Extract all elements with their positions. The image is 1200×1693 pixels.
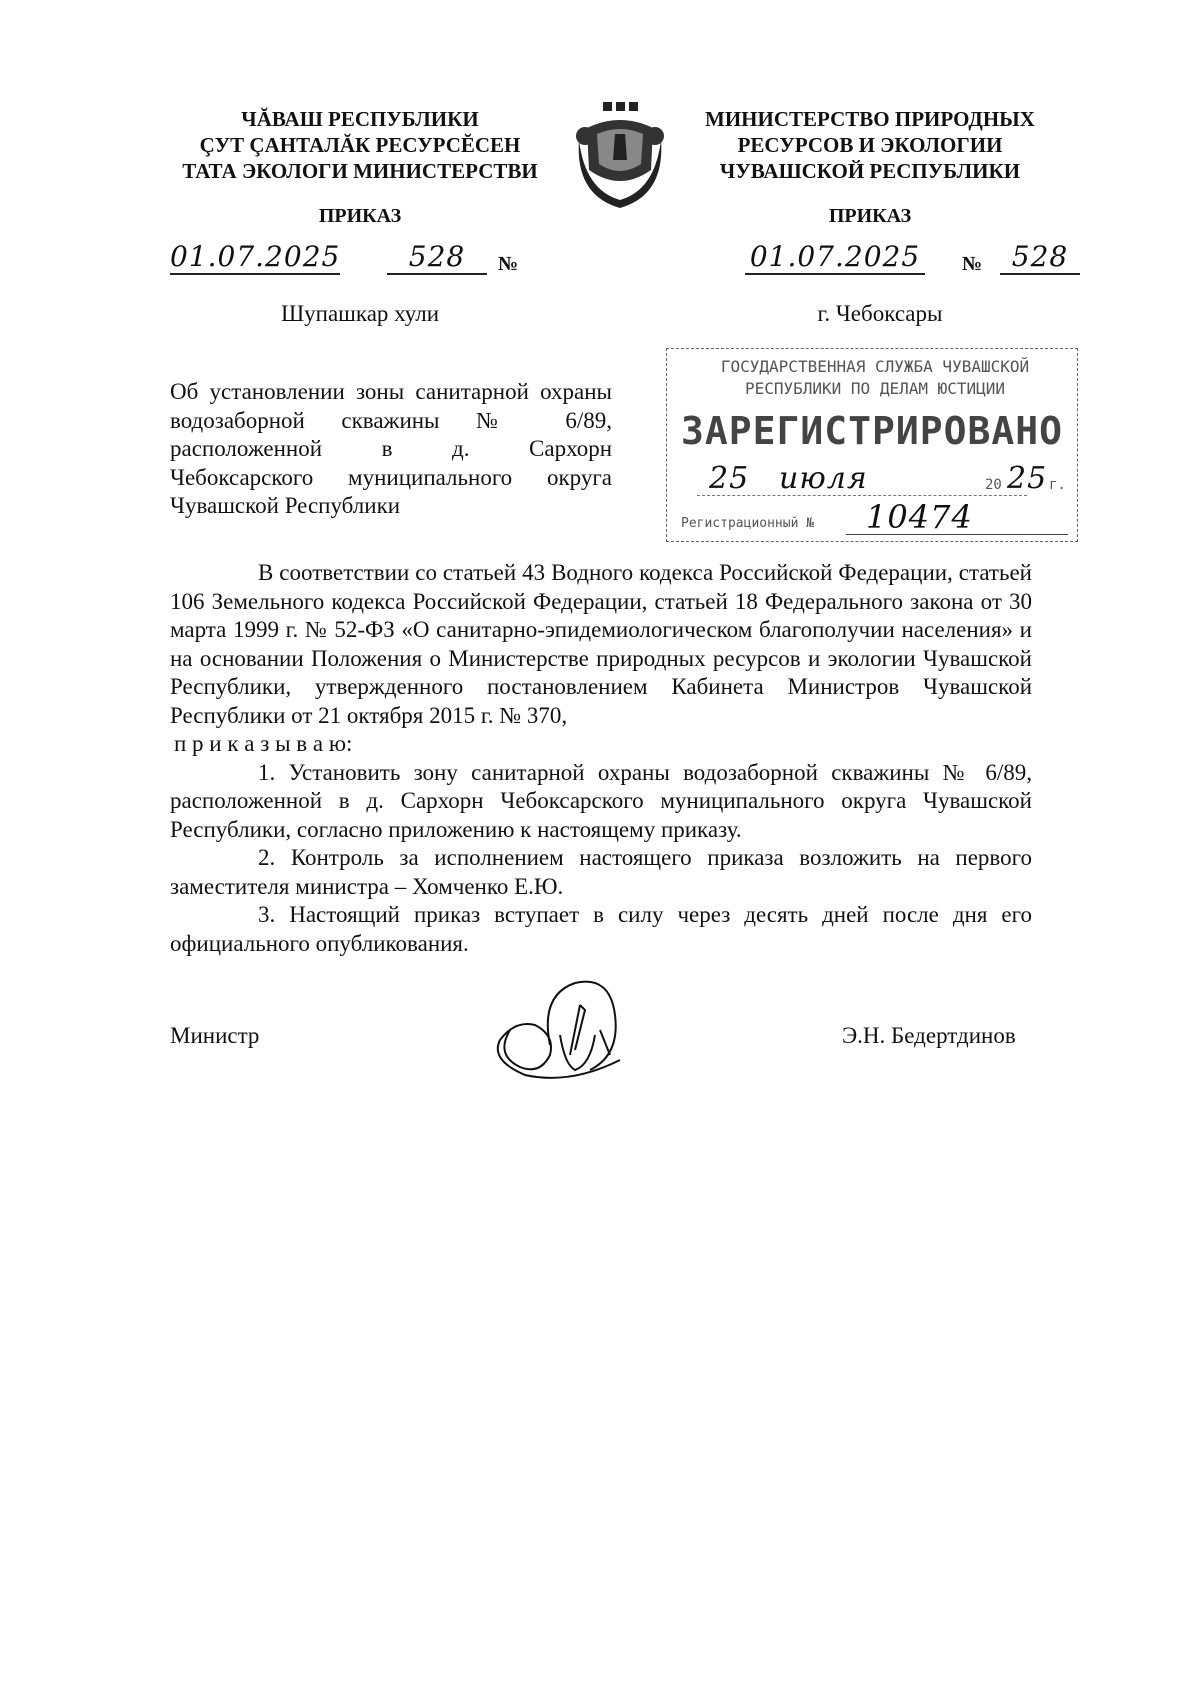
stamp-line-2: РЕСПУБЛИКИ ПО ДЕЛАМ ЮСТИЦИИ: [675, 379, 1075, 398]
order-item-3: 3. Настоящий приказ вступает в силу чере…: [170, 901, 1032, 958]
header-left-line-1: ЧĂВАШ РЕСПУБЛИКИ: [160, 106, 560, 132]
date-left: 01.07.2025: [170, 240, 340, 275]
title-line-2: водозаборной скважины № 6/89,: [170, 407, 612, 436]
number-sign-right: №: [962, 253, 982, 276]
stamp-year-prefix: 20: [985, 477, 1002, 493]
doc-type-right: ПРИКАЗ: [800, 205, 940, 228]
title-line-4: Чебоксарского муниципального округа: [170, 464, 612, 493]
number-sign-left: №: [498, 253, 518, 276]
header-left-line-3: ТАТА ЭКОЛОГИ МИНИСТЕРСТВИ: [160, 158, 560, 184]
order-item-1: 1. Установить зону санитарной охраны вод…: [170, 759, 1032, 845]
header-left-line-2: ÇУТ ÇАНТАЛĂК РЕСУРСĔСЕН: [160, 132, 560, 158]
title-line-5: Чувашской Республики: [170, 492, 612, 521]
place-right: г. Чебоксары: [790, 300, 970, 329]
doc-type-left: ПРИКАЗ: [290, 205, 430, 228]
stamp-reg-number: 10474: [866, 498, 973, 536]
header-right: МИНИСТЕРСТВО ПРИРОДНЫХ РЕСУРСОВ И ЭКОЛОГ…: [680, 106, 1060, 184]
stamp-day: 25: [709, 461, 749, 496]
header-left: ЧĂВАШ РЕСПУБЛИКИ ÇУТ ÇАНТАЛĂК РЕСУРСĔСЕН…: [160, 106, 560, 184]
stamp-date-underline: [697, 495, 1027, 496]
number-left: 528: [387, 240, 487, 275]
header-right-line-2: РЕСУРСОВ И ЭКОЛОГИИ: [680, 132, 1060, 158]
title-line-1: Об установлении зоны санитарной охраны: [170, 378, 612, 407]
signatory-position: Министр: [170, 1022, 259, 1051]
preamble: В соответствии со статьей 43 Водного код…: [170, 559, 1032, 730]
stamp-month: июля: [779, 461, 868, 496]
stamp-date-row: 25 июля 20 25 г.: [687, 461, 1072, 497]
header-right-line-3: ЧУВАШСКОЙ РЕСПУБЛИКИ: [680, 158, 1060, 184]
stamp-year-suffix: 25: [1007, 461, 1047, 496]
stamp-year-unit: г.: [1049, 477, 1066, 493]
handwritten-signature-icon: [480, 975, 640, 1085]
coat-of-arms-icon: [575, 100, 665, 212]
stamp-status: ЗАРЕГИСТРИРОВАНО: [667, 409, 1077, 453]
registration-stamp: ГОСУДАРСТВЕННАЯ СЛУЖБА ЧУВАШСКОЙ РЕСПУБЛ…: [666, 348, 1078, 542]
signatory-name: Э.Н. Бедертдинов: [842, 1022, 1016, 1051]
stamp-reg-row: Регистрационный № 10474: [681, 504, 1071, 538]
title-line-3: расположенной в д. Сархорн: [170, 435, 612, 464]
document-body: В соответствии со статьей 43 Водного код…: [170, 559, 1032, 958]
place-left: Шупашкар хули: [260, 300, 460, 329]
stamp-reg-underline: [846, 534, 1068, 535]
order-item-2: 2. Контроль за исполнением настоящего пр…: [170, 844, 1032, 901]
order-word: п р и к а з ы в а ю:: [170, 730, 1032, 759]
number-right: 528: [1000, 240, 1080, 275]
stamp-line-1: ГОСУДАРСТВЕННАЯ СЛУЖБА ЧУВАШСКОЙ: [675, 357, 1075, 376]
stamp-reg-label: Регистрационный №: [681, 516, 814, 531]
document-title: Об установлении зоны санитарной охраны в…: [170, 378, 612, 521]
header-right-line-1: МИНИСТЕРСТВО ПРИРОДНЫХ: [680, 106, 1060, 132]
date-right: 01.07.2025: [745, 240, 925, 275]
